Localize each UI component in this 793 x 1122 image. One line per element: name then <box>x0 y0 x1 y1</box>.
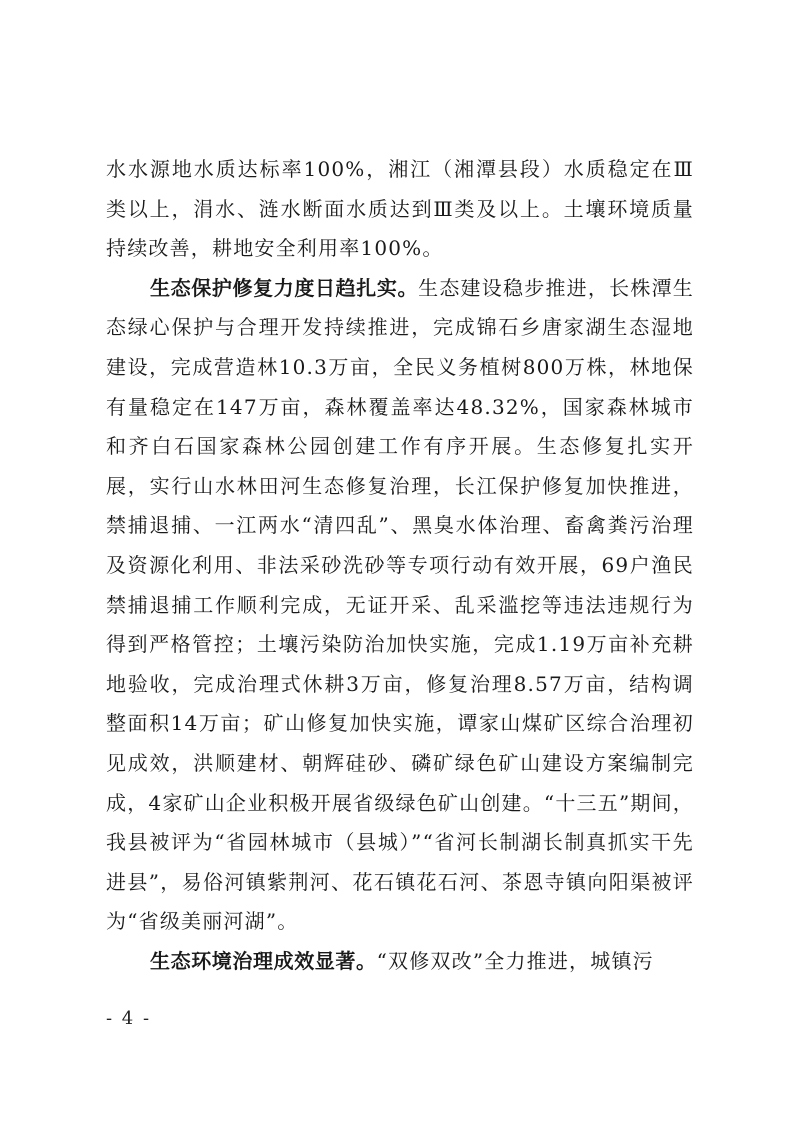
page-number: - 4 - <box>106 1008 151 1029</box>
paragraph-text: 水水源地水质达标率100%，湘江（湘潭县段）水质稳定在Ⅲ类以上，涓水、涟水断面水… <box>106 157 694 260</box>
paragraph-ecological-protection: 生态保护修复力度日趋扎实。生态建设稳步推进，长株潭生态绿心保护与合理开发持续推进… <box>106 269 694 942</box>
paragraph-lead-heading: 生态保护修复力度日趋扎实。 <box>150 276 418 300</box>
paragraph-water-quality: 水水源地水质达标率100%，湘江（湘潭县段）水质稳定在Ⅲ类以上，涓水、涟水断面水… <box>106 150 694 269</box>
paragraph-text: 生态建设稳步推进，长株潭生态绿心保护与合理开发持续推进，完成锦石乡唐家湖生态湿地… <box>106 276 694 934</box>
document-page: 水水源地水质达标率100%，湘江（湘潭县段）水质稳定在Ⅲ类以上，涓水、涟水断面水… <box>0 0 793 1122</box>
paragraph-environmental-governance: 生态环境治理成效显著。“双修双改”全力推进，城镇污 <box>106 942 694 982</box>
paragraph-lead-heading: 生态环境治理成效显著。 <box>150 949 377 973</box>
document-body: 水水源地水质达标率100%，湘江（湘潭县段）水质稳定在Ⅲ类以上，涓水、涟水断面水… <box>106 150 694 981</box>
paragraph-text: “双修双改”全力推进，城镇污 <box>377 949 654 973</box>
